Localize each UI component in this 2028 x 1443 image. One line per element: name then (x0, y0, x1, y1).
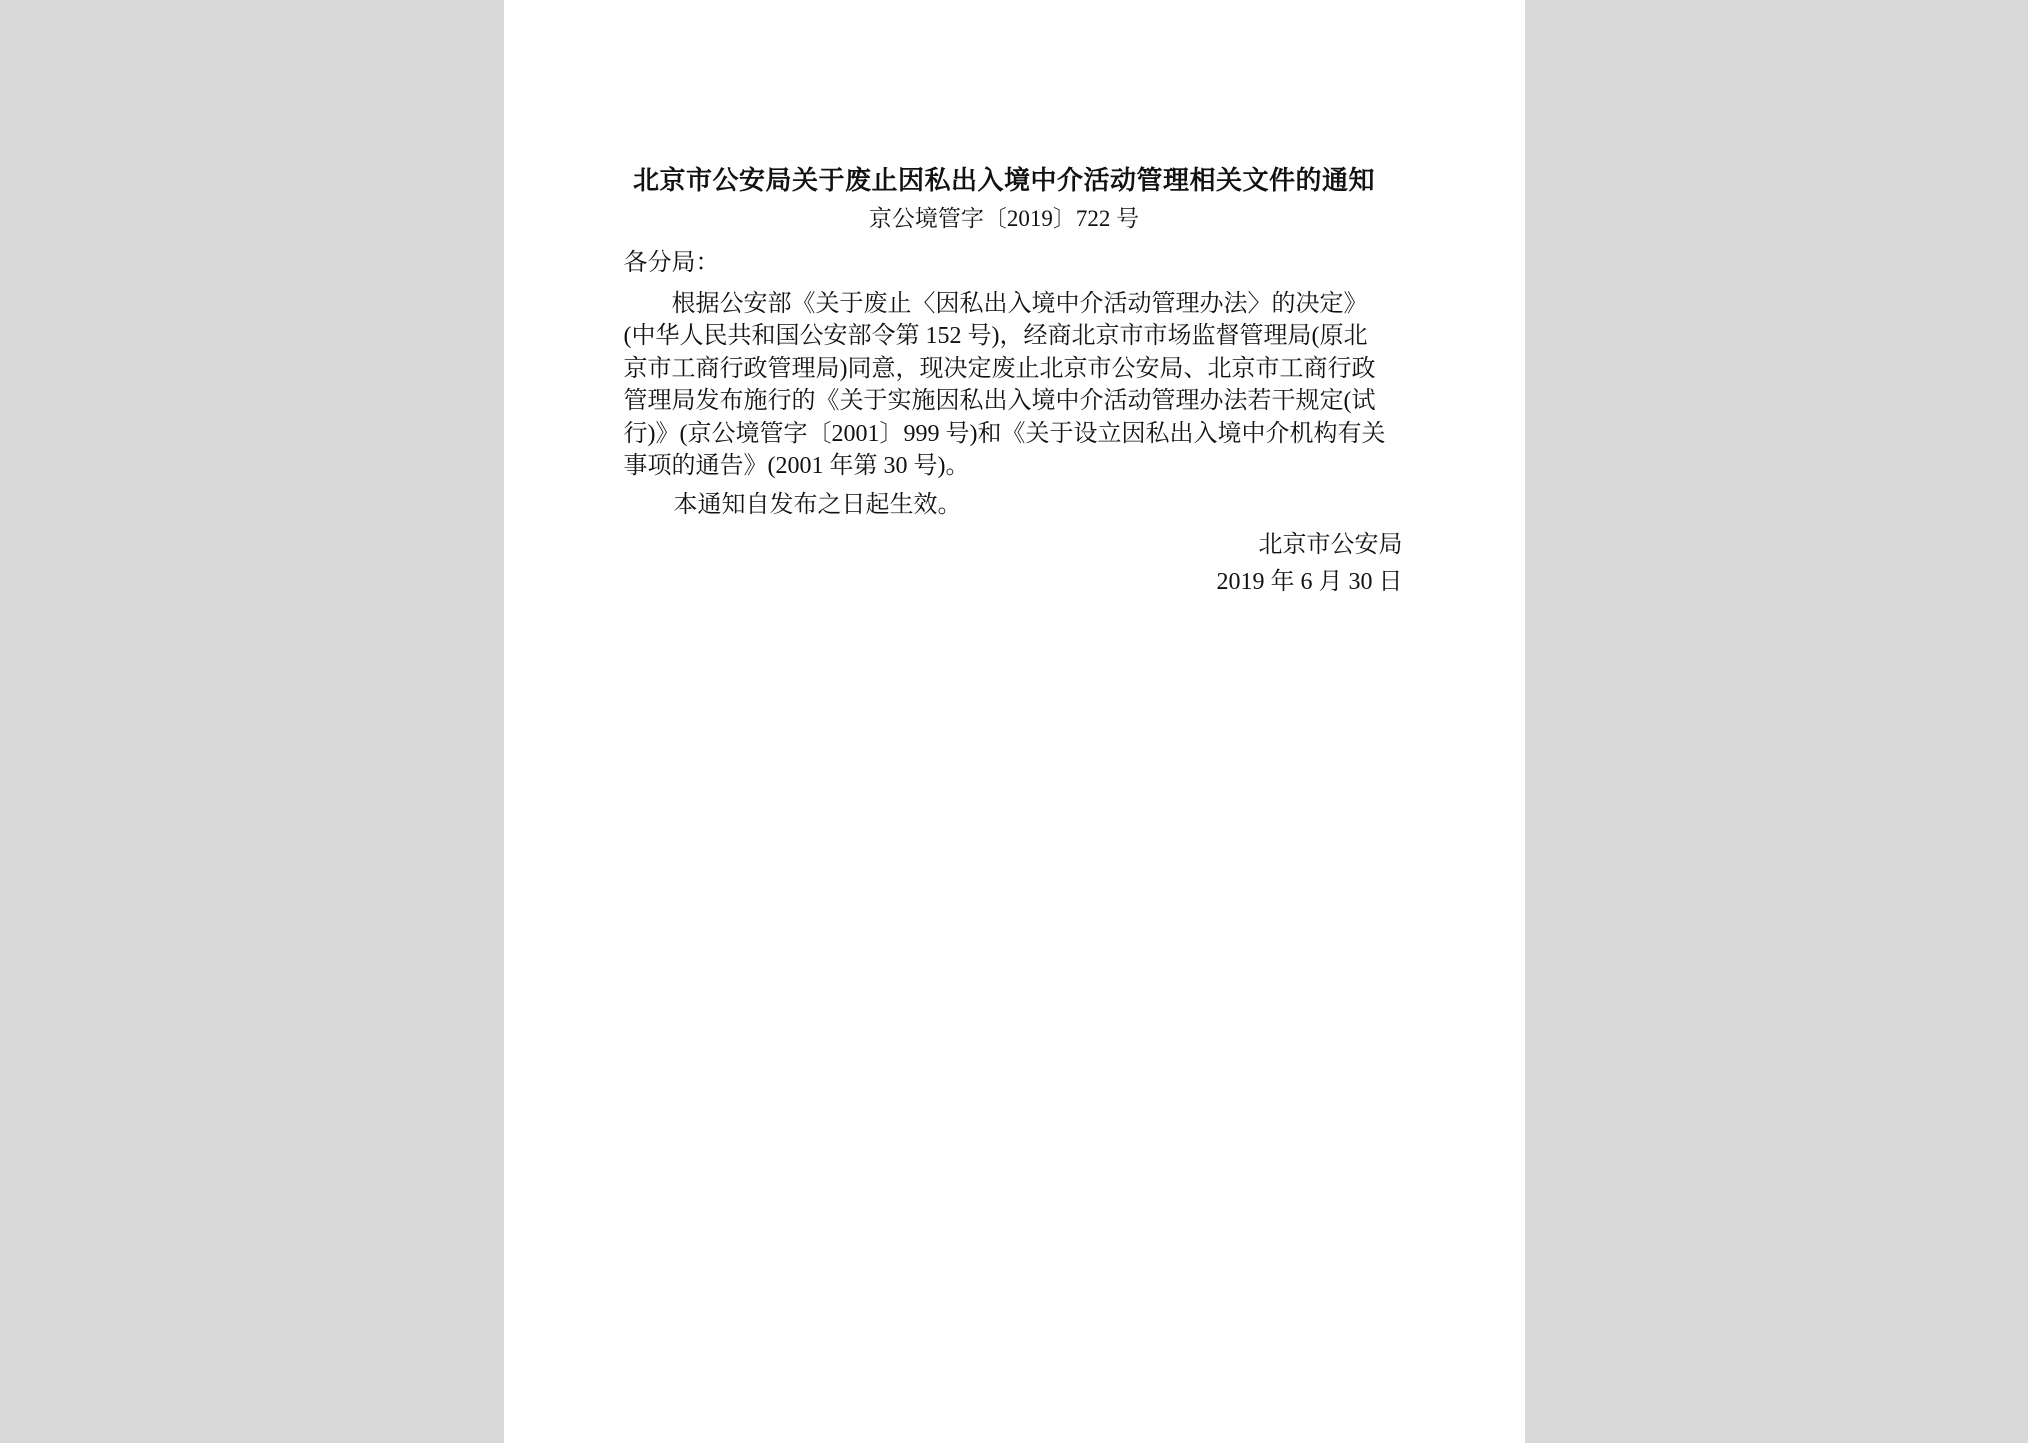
notice-title: 北京市公安局关于废止因私出入境中介活动管理相关文件的通知 (624, 165, 1385, 196)
salutation: 各分局： (624, 247, 1385, 280)
doc-number: 京公境管字〔2019〕722 号 (624, 205, 1385, 233)
body-line: 京市工商行政管理局)同意，现决定废止北京市公安局、北京市工商行政 (624, 353, 1385, 386)
body-paragraph: 根据公安部《关于废止〈因私出入境中介活动管理办法〉的决定》 (中华人民共和国公安… (624, 288, 1385, 483)
body-line: 管理局发布施行的《关于实施因私出入境中介活动管理办法若干规定(试 (624, 385, 1385, 418)
body-line: 事项的通告》(2001 年第 30 号)。 (624, 450, 1385, 483)
notice-body: 各分局： 根据公安部《关于废止〈因私出入境中介活动管理办法〉的决定》 (中华人民… (624, 247, 1385, 598)
signature-date: 2019 年 6 月 30 日 (624, 566, 1403, 599)
document-content: 北京市公安局关于废止因私出入境中介活动管理相关文件的通知 京公境管字〔2019〕… (624, 0, 1385, 598)
effective-line: 本通知自发布之日起生效。 (624, 489, 1385, 522)
body-line: 行)》(京公境管字〔2001〕999 号)和《关于设立因私出入境中介机构有关 (624, 418, 1385, 451)
document-page: 北京市公安局关于废止因私出入境中介活动管理相关文件的通知 京公境管字〔2019〕… (504, 0, 1525, 1443)
signature-agency: 北京市公安局 (624, 529, 1403, 562)
body-line: (中华人民共和国公安部令第 152 号)，经商北京市市场监督管理局(原北 (624, 320, 1385, 353)
screenshot-background: { "page": { "background_color": "#d9d9d9… (0, 0, 2028, 1443)
body-line: 根据公安部《关于废止〈因私出入境中介活动管理办法〉的决定》 (624, 288, 1385, 321)
signature-block: 北京市公安局 2019 年 6 月 30 日 (624, 529, 1403, 598)
